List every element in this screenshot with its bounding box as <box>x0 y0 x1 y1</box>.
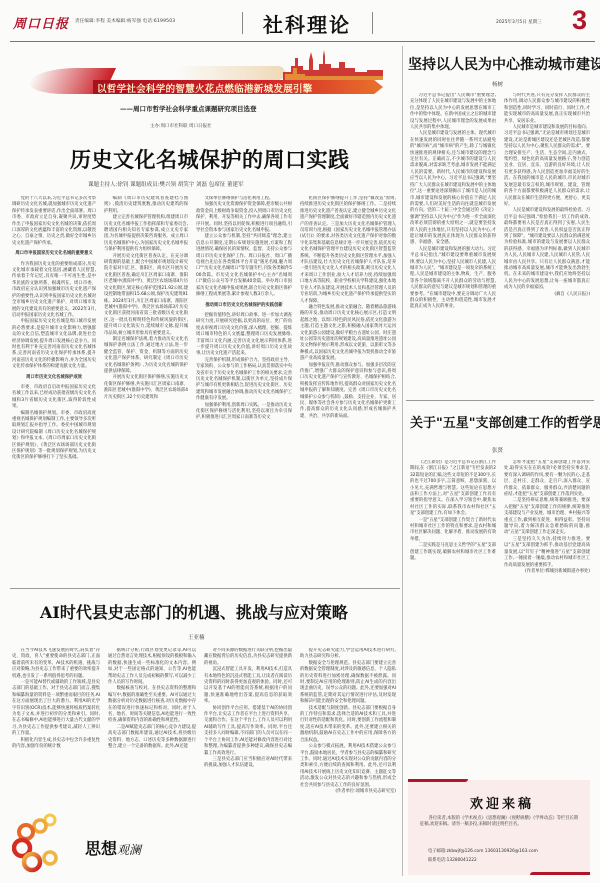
paragraph: 加强历史文化资源保护资金保障,把市级公共财政资金向上级财政争取资金,投入到周口市… <box>196 202 292 234</box>
series-banner: 以哲学社会科学的智慧火花点燃临港新城发展引擎 <box>25 48 385 100</box>
phone-value: 13280041222 <box>447 858 477 863</box>
column-logo-small: 观澜 <box>117 843 141 857</box>
paragraph: 编制名城保护规划。市委、市政府高度重视名城保护规划编制工作,主要领导多次听取规划… <box>12 411 96 462</box>
paragraph: 党的十八大以来,习近平总书记多次考察调研历史文化名城,就加强城市历史文化遗产保护… <box>12 196 96 247</box>
paragraph: 挖掘价值特色,讲好周口故事。进一步加大调查研究力度,开展研究挖掘,以更高的站位、… <box>196 313 292 358</box>
paragraph: 加强申报宣传,推动群众参与。加强多层次的宣传推广,增强广大群众的保护意识和参与意… <box>300 363 396 421</box>
paragraph: 提升史志研究能力,学会运用AI技术进行研究,助力县志研究和分析。 <box>300 648 396 661</box>
article-column: 编制《周口市历史建筑普查建档与图则》,摸清历史建筑底数,推动历史建筑的保护利用。… <box>104 196 188 550</box>
welcome-title: 欢迎来稿 <box>470 793 534 812</box>
paragraph: 作为我国历史文化的重要组成部分,历史文化城市承载着文化基因,涵藏着人民智慧,传承… <box>12 262 96 320</box>
decor-corner <box>408 779 468 782</box>
masthead: 周口日报 责任编辑:李程 美术编辑:杨军强 电话:6199503 社科理论 20… <box>10 0 595 42</box>
paragraph: 完善保护机制,形成保护合力。坚持政府主导、专家领衔、公众参与的工作格局,认真贯彻… <box>196 358 292 403</box>
paragraph: 市委、市政府自启动申报国家历史文化名城工作以来,已经成功获批省级历史文化名城和3… <box>12 385 96 411</box>
paragraph: 二是AI赋能史志部门的核心竞争力建设,提高史志部门数据库建设,通过AI技术,将县… <box>108 725 196 751</box>
editor-credits: 责任编辑:李程 美术编辑:杨军强 电话:6199503 <box>75 18 175 24</box>
paragraph: 开展历史文化街区保护修缮,实施历史文化街区保护修缮,共实施川汇区周家口南寨、淮阳… <box>104 375 188 401</box>
subheading: 周口市历史文化名城保护成效 <box>12 375 96 381</box>
email-value[interactable]: zkbwjf@126.com 13603130926@163.com <box>447 849 538 854</box>
column-logo-title: 思想观澜 <box>85 836 141 859</box>
paragraph: 习近平总书记提出"人民城市"重要理念,充分体现了人民在城市建设与发展中的主体地位… <box>410 93 496 131</box>
banner-cloud-graphic <box>175 66 285 80</box>
article-column: 习近平总书记提出"人民城市"重要理念,充分体现了人民在城市建设与发展中的主体地位… <box>410 93 496 393</box>
article-column: 党的十八大以来,习近平总书记多次考察调研历史文化名城,就加强城市历史文化遗产保护… <box>12 196 96 550</box>
email-line: 电子邮箱:zkbwjf@126.com 13603130926@163.com <box>428 848 538 854</box>
section-divider <box>406 400 594 401</box>
paragraph: 人民城市是城市建设和发展的目标指向。习近平总书记强调,"无论是城市规划还是城市建… <box>504 125 590 208</box>
paragraph: 建立完善名城保护管理机构,组建周口市历史文化名城申报工作指挥部和专家委员会,聘请… <box>104 215 188 253</box>
paragraph: 制定名城保护法规,着力推动历史文化名城保护条例立法工作,通过地方立法,进一步健全… <box>104 337 188 375</box>
article-column: 提升史志研究能力,学会运用AI技术进行研究,助力县志研究和分析。数据安全与伦理规… <box>300 648 396 878</box>
article-byline: 课题主持人:徐钊 课题组成员:樊兴领 胡笑宇 刘磊 包席征 董建军 <box>88 180 243 188</box>
article-column: 文保单位修缮保护与活化利用工程。加强历史文化资源保护资金保障,把市级公共财政资金… <box>196 196 292 550</box>
paragraph: 人民是城市建设和发展的最终检验者。习近平总书记强调,"检验我们一切工作的成效,最… <box>504 208 590 291</box>
paragraph: 开展历史文化街区普查认定。在充分调研资源的基础上,配合中国城市规划设计研究院专家… <box>104 254 188 337</box>
paragraph: 在当今AI技术飞速发展的时代,肩负着"存史、资政、育人"重要使命的县史志部门,正… <box>12 648 100 680</box>
issue-date: 2025年3月5日 星期三 <box>496 19 542 25</box>
article-title: 历史文化名城保护的周口实践 <box>70 144 350 174</box>
paragraph: 公众参与模式拓展。利用AI技术搭建公众参与平台,鼓励本地居民、学者参与县史志的编… <box>300 744 396 789</box>
skyline-icon <box>283 48 383 80</box>
page-number: 3 <box>572 5 587 36</box>
paragraph: 三是坚持久久为功,持续用力推进。要以"五星"支部创建为抓手,推动基层党建高质量发… <box>504 537 590 569</box>
article-column: 《之江新语》是习近平总书记在浙江工作期间,在《浙江日报》"之江新语"专栏发表的2… <box>410 460 496 765</box>
article-title: 坚持以人民为中心推动城市建设和发展 <box>408 54 600 74</box>
subheading: 推动周口市历史文化名城保护的实践创新 <box>196 303 292 309</box>
article-title: AI时代县史志部门的机遇、挑战与应对策略 <box>40 600 348 623</box>
paragraph: 人民是城市建设与发展的主体。现代城市在快速发展的同时往往伴随一系列无法避免的"城… <box>410 131 496 246</box>
paragraph: 融合特色发展,推动文旅融合。随着精品旅游线路的开发,推动周口历史文化核心展示区,… <box>300 305 396 363</box>
article-column: 怎样才能把"五星"支部创建工作落到实处,取得实实在在的成效?必须坚持实事求是,要… <box>504 460 590 765</box>
paragraph: 一是可能AI替代或辅助的工作领域,是县史志部门的基础工作。对于县史志部门而言,搜… <box>12 680 100 738</box>
section-divider <box>10 588 400 589</box>
paragraph: 编制《周口市历史建筑普查建档与图则》,摸清历史建筑底数,推动历史建筑的保护利用。 <box>104 196 188 215</box>
author-note: (作者单位:郸城县新城街道办事处) <box>504 569 590 575</box>
phone-line: 联系电话:13280041222 <box>428 857 477 863</box>
paragraph: 与时代共进,只有充分发挥人民群众的主体作用,调动人民群众参与城市建设的积极性和创… <box>504 93 590 125</box>
paragraph: 二是坚持辩证思维,统筹兼顾推进。要深入把握"五星"支部创建工作的规律,统筹推进支… <box>504 498 590 536</box>
newspaper-logo: 周口日报 <box>13 13 69 32</box>
article-byline: 张贤 <box>492 446 503 454</box>
paragraph: 怎样才能把"五星"支部创建工作落到实处,取得实实在在的成效?必须坚持实事求是,要… <box>504 460 590 498</box>
author-note: (作者单位:项城市县史志研究室) <box>300 789 396 795</box>
paragraph: 加强保护利用,创新周口实践。一是推动历史文化街区保护修缮与活化利用,坚持以项目为… <box>196 403 292 422</box>
article-byline: 王亚楠 <box>188 633 205 641</box>
welcome-body: 各位读者,本版的《学术视点》《思想观澜》《视野纵横》《学界动态》等栏目长期征稿,… <box>420 816 580 829</box>
source-note: (摘自《人民日报》) <box>504 292 590 298</box>
email-label: 电子邮箱: <box>428 849 447 854</box>
divider <box>242 12 243 34</box>
paragraph: 对不同来源的数据进行关联分析,挖掘出隐藏在数据背后的历史信息,为县史志研究提供新… <box>204 648 292 667</box>
paragraph: 一是"五星"支部创建工作契合了新时代农村和城市社区工作的特点和要求,是农村和城市… <box>410 518 496 544</box>
banner-title: 以哲学社会科学的智慧火花点燃临港新城发展引擎 <box>97 81 313 95</box>
paragraph: 协同创作平台应用。搭建基于AI的协同创作平台,让史志工作者在平台上进行资料共享、… <box>204 706 292 757</box>
article-column: 在当今AI技术飞速发展的时代,肩负着"存史、资政、育人"重要使命的县史志部门,正… <box>12 648 100 808</box>
paragraph: 据统计分析,行政区划变更记录等,AI可以通过自然语言处理技术,根据预设的模板和输… <box>108 648 196 686</box>
article-byline: 杨树 <box>492 80 503 88</box>
paragraph: 技术适配与制度创新。县史志部门要根据自身的工作特点和需求,选择合适的AI技术和工… <box>300 706 396 744</box>
divider <box>372 12 373 34</box>
paragraph: 建立公众参与机制,坚持"共同缔造"理念,建立信息公开制度,定期公布规划实施进展,… <box>196 234 292 298</box>
article-title: 关于"五星"支部创建工作的哲学思考 <box>410 412 600 431</box>
paragraph: 《之江新语》是习近平总书记在浙江工作期间,在《浙江日报》"之江新语"专栏发表的2… <box>410 460 496 518</box>
phone-label: 联系电话: <box>428 858 447 863</box>
paragraph: 数据安全与伦理规范。县史志部门要建立完善的数据安全管理制度,对涉及的敏感信息、个… <box>300 661 396 706</box>
decor-corner <box>530 872 590 875</box>
paragraph: 化街区保护修缮提升工作,坚持"微改造"原则,持续推进历史文化街区的保护修缮工作。… <box>300 196 396 305</box>
section-title: 社科理论 <box>263 9 351 38</box>
paragraph: 二是实践是马克思主义哲学的"五星"支部创建工作既实现,破解农村和城市社区工作难题… <box>410 543 496 562</box>
banner-subtitle: ——周口市哲学社会科学重点课题研究项目选登 <box>120 104 257 113</box>
column-logo-icon <box>12 812 62 874</box>
paragraph: 沉浸式智能工具开发。利用AI技术,打造具有本地特色的沉浸式智能工具,让读者在阅读… <box>204 667 292 705</box>
article-column: 与时代共进,只有充分发挥人民群众的主体作用,调动人民群众参与城市建设的积极性和创… <box>504 93 590 393</box>
paragraph: 三是县史志部门应当积极应对AI时代带来的挑战,加强人才队伍建设。 <box>204 757 292 770</box>
article-column: 化街区保护修缮提升工作,坚持"微改造"原则,持续推进历史文化街区的保护修缮工作。… <box>300 196 396 550</box>
sponsor-line: 主办:周口市社科联 周口日报社 <box>150 123 211 129</box>
paragraph: 人民是城市建设和发展的强大动力。习近平总书记指出,"城市建设要尊重城市发展规律,… <box>410 247 496 311</box>
column-divider <box>402 46 403 876</box>
paragraph: 积极化内容生成,县史志中包含许多重复性的内容,加强年份的统计数 <box>12 738 100 751</box>
column-logo-big: 思想 <box>85 839 117 858</box>
article-column: 对不同来源的数据进行关联分析,挖掘出隐藏在数据背后的历史信息,为县史志研究提供新… <box>204 648 292 878</box>
subheading: 周口市申报国家历史文化名城的重要意义 <box>12 251 96 257</box>
paragraph: 申报国家历史文化名城是周口城市发展的必然要求,是提升城市文化影响力,增强群众的文… <box>12 319 96 370</box>
paragraph: 数据核查与校对。在县史志资料的整理和编写中,数据的准确性至关重要。AI可以通过大… <box>108 686 196 724</box>
